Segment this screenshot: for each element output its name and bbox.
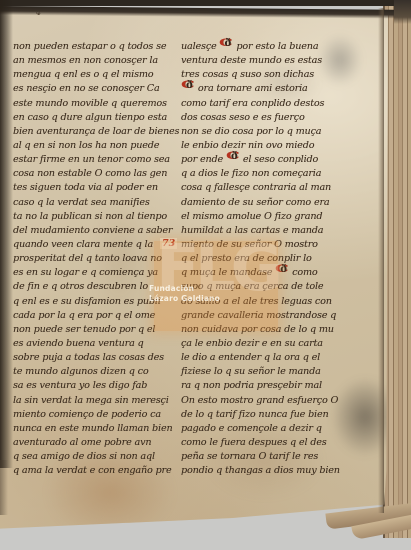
binding-gutter-shadow [0,460,8,515]
text-line: non pueden estapar o q todos se [13,40,175,54]
text-line: le dio a entender q la ora q el [181,351,351,365]
text-line: es nesçio en no se conosçer Ca [13,82,175,96]
text-line: peña se tornara O tarif le res [181,450,351,464]
text-line: ça le enbio dezir e en su carta [181,337,351,351]
text-line: la sin verdat la mega sin meresçi [13,394,175,408]
rubric-mark: Cð [226,153,240,163]
text-line: es en su logar e q comiença ya [13,266,175,280]
text-line: non se dio cosa por lo q muça [181,125,351,139]
text-line: en caso q dure algun tienpo esta [13,111,175,125]
text-line: quando veen clara mente q la [13,238,175,252]
page-right-edge [378,8,384,513]
text-line: bien aventurança de loar de bienes [13,125,175,139]
text-line: pagado e començole a dezir q [181,422,351,436]
text-line: an mesmos en non conosçer la [13,54,175,68]
text-line: sa es ventura yo les digo fab [13,379,175,393]
text-line: cada por la q era por q el ome [13,309,175,323]
text-line: Cð ora tornare ami estoria [181,82,351,96]
text-line: este mundo movible q queremos [13,97,175,111]
binding-gutter-shadow [0,0,13,468]
text-line: es aviendo buena ventura q [13,337,175,351]
text-line: nunca en este mundo llaman bien [13,422,175,436]
text-line: estar firme en un tenor como sea [13,153,175,167]
text-line: cosa non estable O como las gen [13,167,175,181]
rubric-mark: Cð [219,40,233,50]
text-line: el mismo amolue O fizo grand [181,210,351,224]
column-left: non pueden estapar o q todos sean mesmos… [13,40,175,478]
text-line: q a dios le fizo non começaria [181,167,351,181]
text-line: dos cosas seso e es fuerço [181,111,351,125]
text-line: ta no la publican si non al tienpo [13,210,175,224]
text-line: como tarif era conplido destos [181,97,351,111]
text-line: te mundo algunos dizen q co [13,365,175,379]
text-line: miento comienço de poderio ca [13,408,175,422]
text-line: cosa q fallesçe contraria al man [181,181,351,195]
fore-edge-shadow [394,0,411,24]
text-line: q sea amigo de dios si non aql [13,450,175,464]
watermark-name-line1: Fundación [149,284,194,293]
text-line: al q en si non los ha non puede [13,139,175,153]
text-line: prosperitat del q tanto loava no [13,252,175,266]
text-line: sobre puja a todas las cosas des [13,351,175,365]
text-line: ventura deste mundo es estas [181,54,351,68]
text-line: mengua q enl es o q el mismo [13,68,175,82]
text-line: On esto mostro grand esfuerço O [181,394,351,408]
text-line: como le fuera despues q el des [181,436,351,450]
text-line: non puede ser tenudo por q el [13,323,175,337]
text-line: fiziese lo q su señor le manda [181,365,351,379]
text-line: tes siguen toda via al poder en [13,181,175,195]
text-line: de lo q tarif fizo nunca fue bien [181,408,351,422]
text-line: ra q non podria presçebir mal [181,379,351,393]
manuscript-photo: 4 1558 non pueden estapar o q todos sean… [0,0,411,550]
text-line: le enbio dezir nin ovo miedo [181,139,351,153]
text-line: ualesçe Cð por esto la buena [181,40,351,54]
text-line: tres cosas q suso son dichas [181,68,351,82]
book-top-edge [0,0,411,6]
rubric-mark: Cð [181,82,195,92]
watermark-name-line2: Lázaro Galdiano [149,294,220,303]
text-line: q ama la verdat e con engaño pre [13,464,175,478]
text-line: por ende Cð el seso conplido [181,153,351,167]
text-line: pondio q thangas a dios muy bien [181,464,351,478]
text-line: caso q la verdat sea manifies [13,196,175,210]
text-line: humildat a las cartas e manda [181,224,351,238]
text-line: aventurado al ome pobre avn [13,436,175,450]
text-line: del mudamiento conviene a saber [13,224,175,238]
text-line: damiento de su señor como era [181,196,351,210]
